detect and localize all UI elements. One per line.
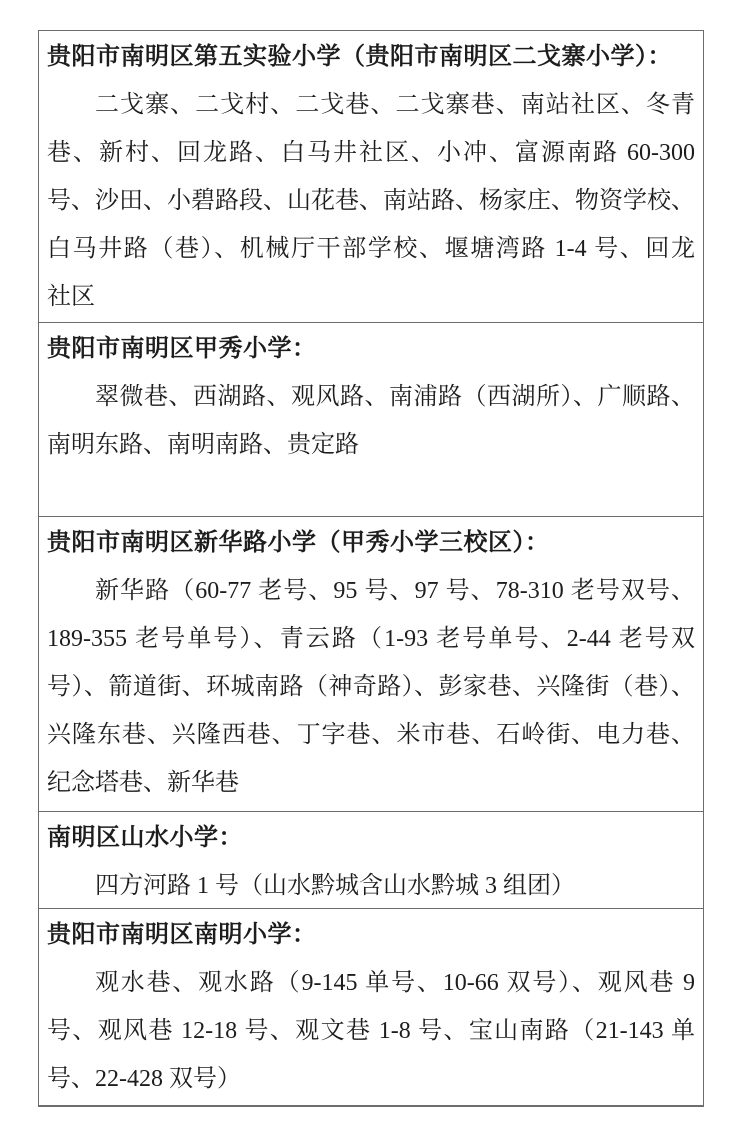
street-list-line: 189-355 老号单号）、青云路（1-93 老号单号、2-44 老号双	[47, 615, 695, 663]
street-list-line: 号、22-428 双号）	[47, 1055, 695, 1103]
street-list-line: 兴隆东巷、兴隆西巷、丁字巷、米市巷、石岭街、电力巷、	[47, 711, 695, 759]
table-row-school-1: 贵阳市南明区第五实验小学（贵阳市南明区二戈寨小学）： 二戈寨、二戈村、二戈巷、二…	[39, 31, 703, 323]
school-name-heading: 贵阳市南明区甲秀小学：	[47, 325, 695, 373]
school-name-heading: 南明区山水小学：	[47, 814, 695, 862]
street-list-line: 白马井路（巷）、机械厅干部学校、堰塘湾路 1-4 号、回龙	[47, 225, 695, 273]
school-name-heading: 贵阳市南明区第五实验小学（贵阳市南明区二戈寨小学）：	[47, 33, 695, 81]
table-row-school-3: 贵阳市南明区新华路小学（甲秀小学三校区）： 新华路（60-77 老号、95 号、…	[39, 517, 703, 812]
street-list-line: 新华路（60-77 老号、95 号、97 号、78-310 老号双号、	[47, 567, 695, 615]
table-row-school-4: 南明区山水小学： 四方河路 1 号（山水黔城含山水黔城 3 组团）	[39, 812, 703, 909]
street-list-line: 纪念塔巷、新华巷	[47, 759, 695, 807]
street-list-line: 号）、箭道街、环城南路（神奇路）、彭家巷、兴隆街（巷）、	[47, 663, 695, 711]
street-list-line: 号、观风巷 12-18 号、观文巷 1-8 号、宝山南路（21-143 单	[47, 1007, 695, 1055]
street-list-line: 号、沙田、小碧路段、山花巷、南站路、杨家庄、物资学校、	[47, 177, 695, 225]
street-list-line: 社区	[47, 273, 695, 321]
street-list-line: 巷、新村、回龙路、白马井社区、小冲、富源南路 60-300	[47, 129, 695, 177]
school-district-table: 贵阳市南明区第五实验小学（贵阳市南明区二戈寨小学）： 二戈寨、二戈村、二戈巷、二…	[38, 30, 704, 1107]
table-row-school-5: 贵阳市南明区南明小学： 观水巷、观水路（9-145 单号、10-66 双号）、观…	[39, 909, 703, 1103]
street-list-line: 翠微巷、西湖路、观风路、南浦路（西湖所）、广顺路、	[47, 373, 695, 421]
school-name-heading: 贵阳市南明区新华路小学（甲秀小学三校区）：	[47, 519, 695, 567]
street-list-line: 观水巷、观水路（9-145 单号、10-66 双号）、观风巷 9	[47, 959, 695, 1007]
street-list-line: 南明东路、南明南路、贵定路	[47, 421, 695, 469]
street-list-line: 四方河路 1 号（山水黔城含山水黔城 3 组团）	[47, 862, 695, 909]
table-row-school-2: 贵阳市南明区甲秀小学： 翠微巷、西湖路、观风路、南浦路（西湖所）、广顺路、 南明…	[39, 323, 703, 517]
school-name-heading: 贵阳市南明区南明小学：	[47, 911, 695, 959]
street-list-line: 二戈寨、二戈村、二戈巷、二戈寨巷、南站社区、冬青	[47, 81, 695, 129]
